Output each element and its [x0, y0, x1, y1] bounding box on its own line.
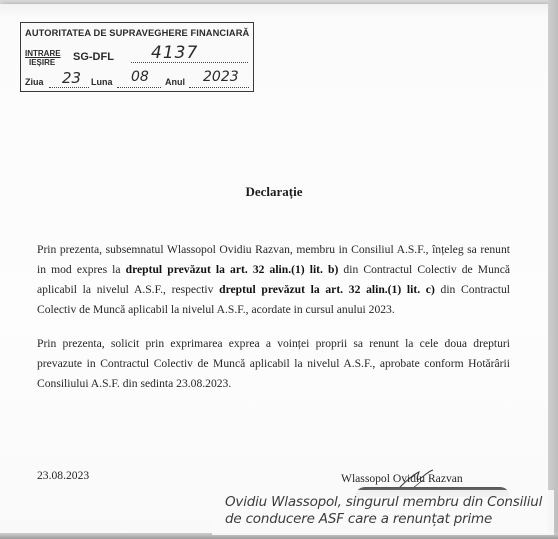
document-title: Declarație — [0, 184, 548, 200]
caption-line-1: Ovidiu Wlassopol, singurul membru din Co… — [225, 494, 555, 511]
stamp-intrare-label: INTRARE — [25, 49, 61, 58]
page-edge-shadow — [548, 0, 558, 539]
stamp-day-dots — [49, 87, 89, 88]
paragraph-1: Prin prezenta, subsemnatul Wlassopol Ovi… — [37, 240, 510, 320]
stamp-direction: INTRARE IEȘIRE — [25, 49, 61, 67]
stamp-authority: AUTORITATEA DE SUPRAVEGHERE FINANCIARĂ — [25, 28, 249, 38]
stamp-month-value: 08 — [131, 69, 149, 85]
paragraph-2: Prin prezenta, solicit prin exprimarea e… — [37, 334, 510, 394]
document-page: AUTORITATEA DE SUPRAVEGHERE FINANCIARĂ I… — [0, 4, 548, 535]
paragraph-1-bold-a: dreptul prevăzut la art. 32 alin.(1) lit… — [126, 263, 339, 276]
stamp-year-value: 2023 — [203, 69, 239, 85]
stamp-year-dots — [189, 87, 249, 88]
stamp-month-dots — [117, 87, 161, 88]
signature-date: 23.08.2023 — [37, 469, 89, 482]
paragraph-1-bold-b: dreptul prevăzut la art. 32 alin.(1) lit… — [219, 283, 435, 296]
stamp-day-label: Ziua — [25, 77, 44, 87]
stamp-year-label: Anul — [165, 77, 185, 87]
stamp-iesire-label: IEȘIRE — [25, 58, 61, 67]
registration-stamp: AUTORITATEA DE SUPRAVEGHERE FINANCIARĂ I… — [20, 22, 254, 92]
stamp-registry-number: 4137 — [151, 43, 198, 63]
stamp-day-value: 23 — [62, 69, 81, 87]
caption-text: Ovidiu Wlassopol, singurul membru din Co… — [225, 494, 555, 528]
stamp-registry-prefix: SG-DFL — [73, 51, 114, 63]
caption-line-2: de conducere ASF care a renunțat prime — [225, 511, 555, 528]
stamp-month-label: Luna — [91, 77, 113, 87]
